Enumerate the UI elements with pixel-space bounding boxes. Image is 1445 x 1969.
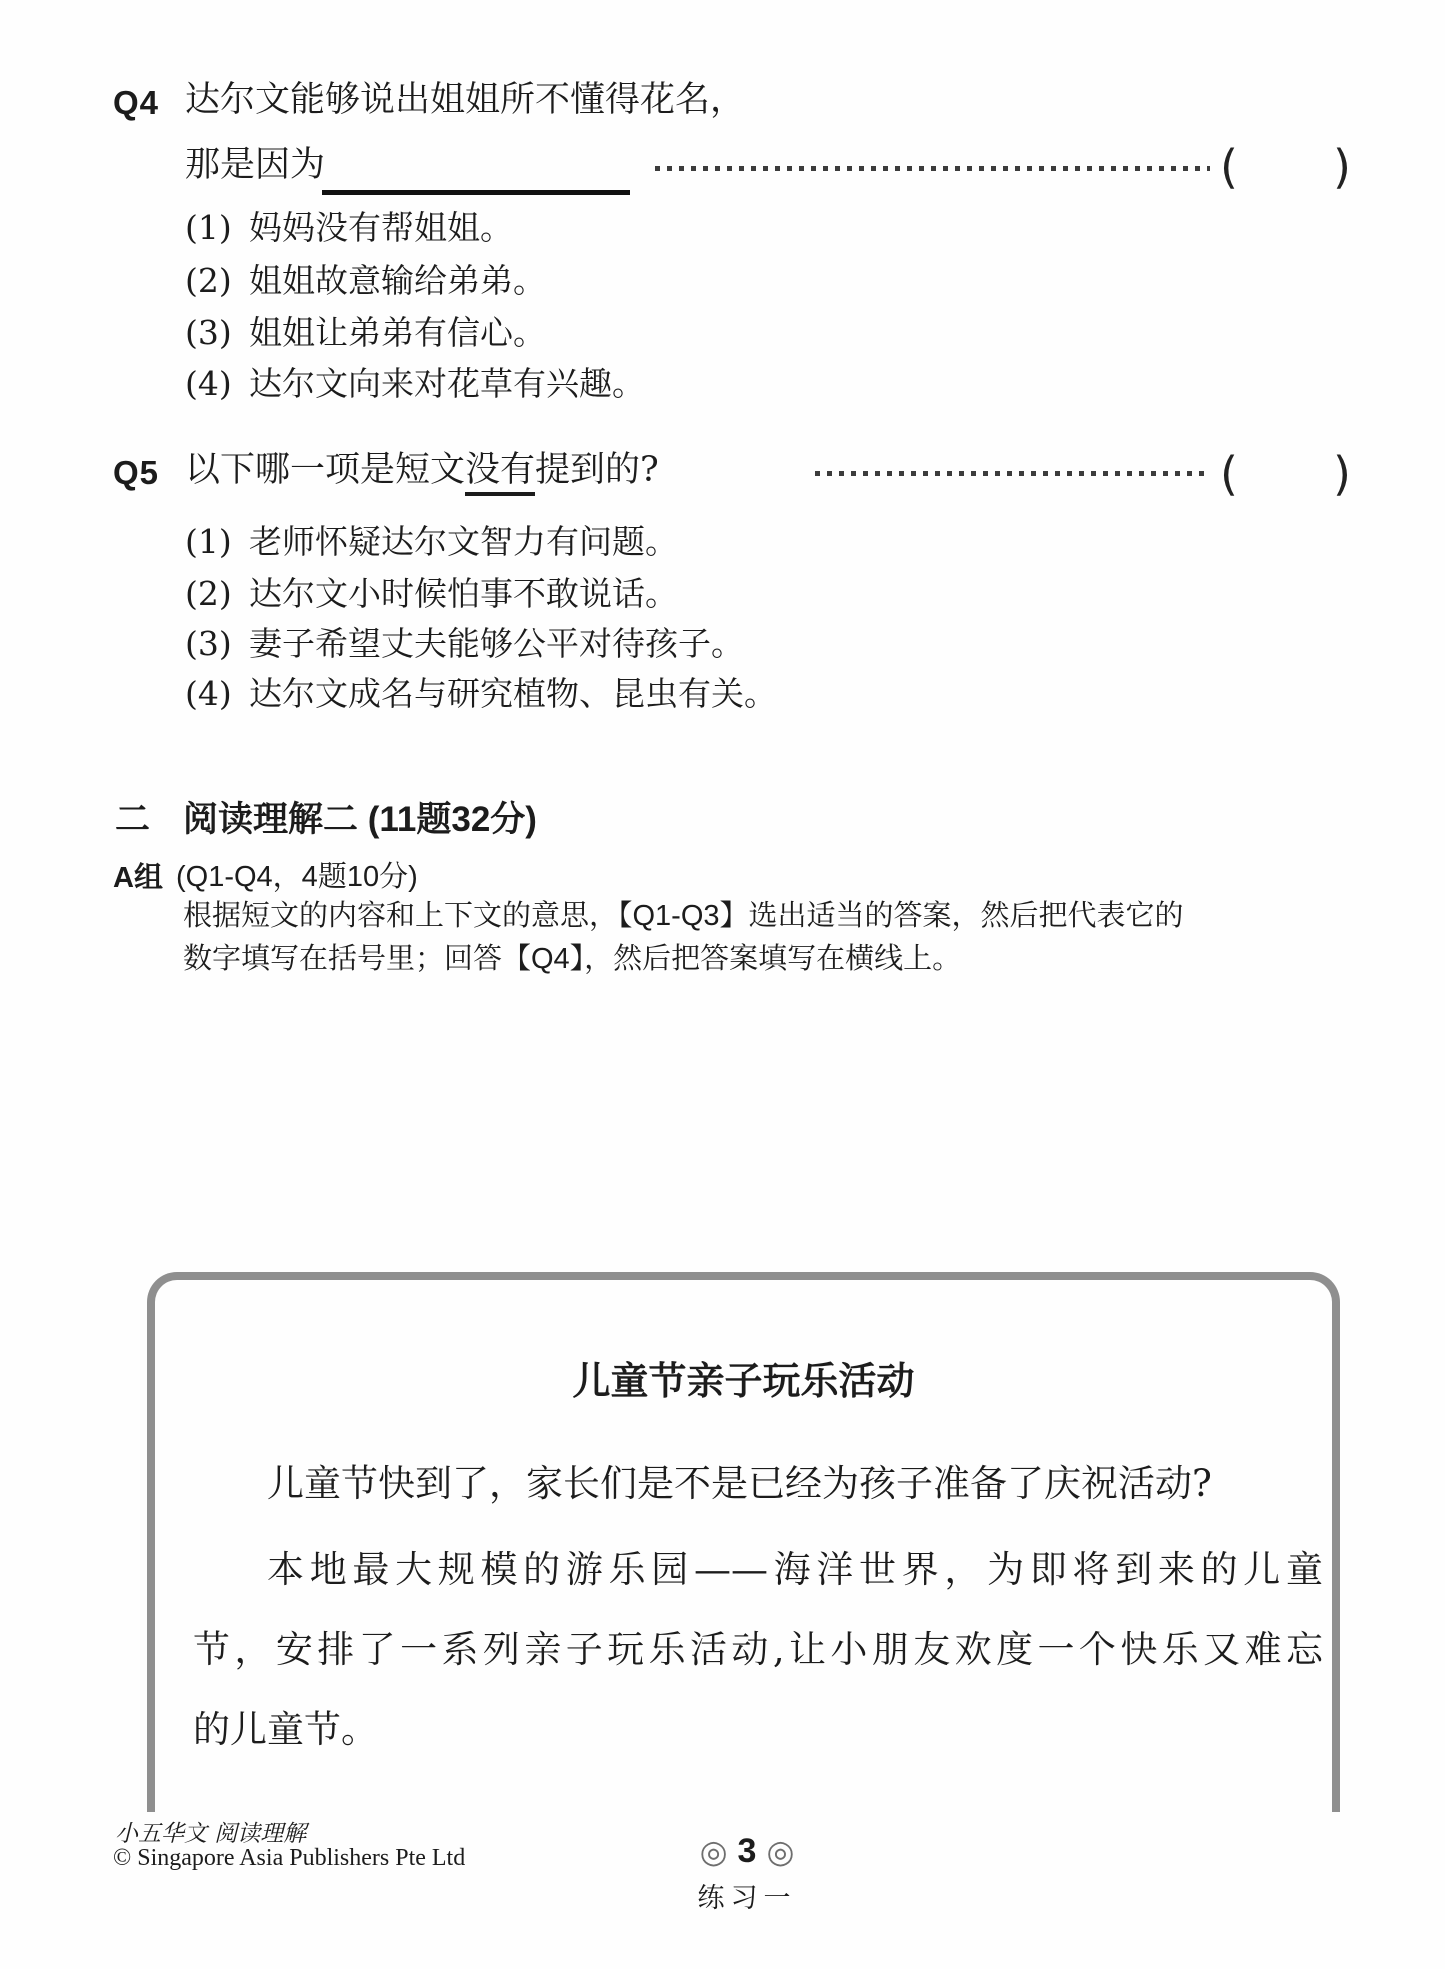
answer-blank-line (322, 190, 630, 195)
q4-label: Q4 (113, 84, 159, 122)
q4-answer-paren-close: ) (1333, 140, 1351, 194)
q5-dotted-leader (815, 471, 1210, 476)
option-number: (1) (185, 208, 249, 247)
footer-page-number-block: ◎3◎ (632, 1832, 862, 1871)
footer-copyright: © Singapore Asia Publishers Pte Ltd (113, 1845, 465, 1872)
passage-paragraph-1: 儿童节快到了，家长们是不是已经为孩子准备了庆祝活动? (193, 1462, 1323, 1506)
option-text: 老师怀疑达尔文智力有问题。 (249, 522, 678, 561)
q5-answer-paren-close: ) (1333, 447, 1351, 501)
q5-option-2: (2)达尔文小时候怕事不敢说话。 (185, 568, 678, 615)
option-text: 达尔文向来对花草有兴趣。 (249, 364, 645, 403)
q5-question-post: 提到的? (535, 450, 659, 490)
group-label: A组 (113, 855, 163, 896)
option-number: (3) (185, 624, 249, 663)
option-number: (4) (185, 364, 249, 403)
bullseye-icon: ◎ (700, 1833, 728, 1871)
worksheet-page: Q4 达尔文能够说出姐姐所不懂得花名， 那是因为 ( ) (1)妈妈没有帮姐姐。… (0, 0, 1445, 1969)
option-text: 达尔文小时候怕事不敢说话。 (249, 574, 678, 613)
option-text: 达尔文成名与研究植物、昆虫有关。 (249, 674, 777, 713)
passage-paragraph-2-line3: 的儿童节。 (193, 1708, 1323, 1752)
group-info: (Q1-Q4，4题10分) (176, 854, 418, 895)
option-text: 姐姐故意输给弟弟。 (249, 261, 546, 300)
q5-label: Q5 (113, 454, 159, 492)
q5-question-line: 以下哪一项是短文没有提到的? (185, 450, 659, 490)
option-number: (2) (185, 574, 249, 613)
passage-paragraph-2-line1: 本地最大规模的游乐园——海洋世界，为即将到来的儿童 (193, 1548, 1323, 1592)
option-text: 妈妈没有帮姐姐。 (249, 208, 513, 247)
option-text: 妻子希望丈夫能够公平对待孩子。 (249, 624, 744, 663)
q4-dotted-leader (655, 166, 1210, 171)
q5-option-4: (4)达尔文成名与研究植物、昆虫有关。 (185, 668, 777, 715)
q5-question-pre: 以下哪一项是短文 (185, 450, 465, 490)
option-number: (1) (185, 522, 249, 561)
q5-answer-paren-open: ( (1220, 447, 1238, 501)
section-number: 二 (115, 792, 150, 842)
q5-option-1: (1)老师怀疑达尔文智力有问题。 (185, 516, 678, 563)
option-number: (3) (185, 313, 249, 352)
bullseye-icon: ◎ (766, 1833, 794, 1871)
q4-option-3: (3)姐姐让弟弟有信心。 (185, 307, 546, 354)
passage-box: 儿童节亲子玩乐活动 儿童节快到了，家长们是不是已经为孩子准备了庆祝活动? 本地最… (147, 1272, 1340, 1812)
passage-title: 儿童节亲子玩乐活动 (155, 1350, 1332, 1405)
q4-option-2: (2)姐姐故意输给弟弟。 (185, 255, 546, 302)
option-text: 姐姐让弟弟有信心。 (249, 313, 546, 352)
q4-question-line1: 达尔文能够说出姐姐所不懂得花名， (185, 80, 745, 120)
q4-option-4: (4)达尔文向来对花草有兴趣。 (185, 358, 645, 405)
footer-book-title: 小五华文 阅读理解 (115, 1815, 306, 1848)
q4-option-1: (1)妈妈没有帮姐姐。 (185, 202, 513, 249)
q4-answer-paren-open: ( (1220, 140, 1238, 194)
instructions-line2: 数字填写在括号里；回答【Q4】，然后把答案填写在横线上。 (183, 936, 961, 977)
q5-option-3: (3)妻子希望丈夫能够公平对待孩子。 (185, 618, 744, 665)
q5-question-underlined: 没有 (465, 450, 535, 496)
page-number: 3 (738, 1832, 757, 1870)
q4-question-line2-prefix: 那是因为 (185, 145, 325, 185)
instructions-line1: 根据短文的内容和上下文的意思，【Q1-Q3】选出适当的答案，然后把代表它的 (183, 893, 1184, 934)
option-number: (2) (185, 261, 249, 300)
section-title: 阅读理解二 (11题32分) (183, 792, 537, 842)
footer-exercise-label: 练习一 (632, 1876, 862, 1915)
option-number: (4) (185, 674, 249, 713)
passage-paragraph-2-line2: 节，安排了一系列亲子玩乐活动,让小朋友欢度一个快乐又难忘 (193, 1628, 1323, 1672)
